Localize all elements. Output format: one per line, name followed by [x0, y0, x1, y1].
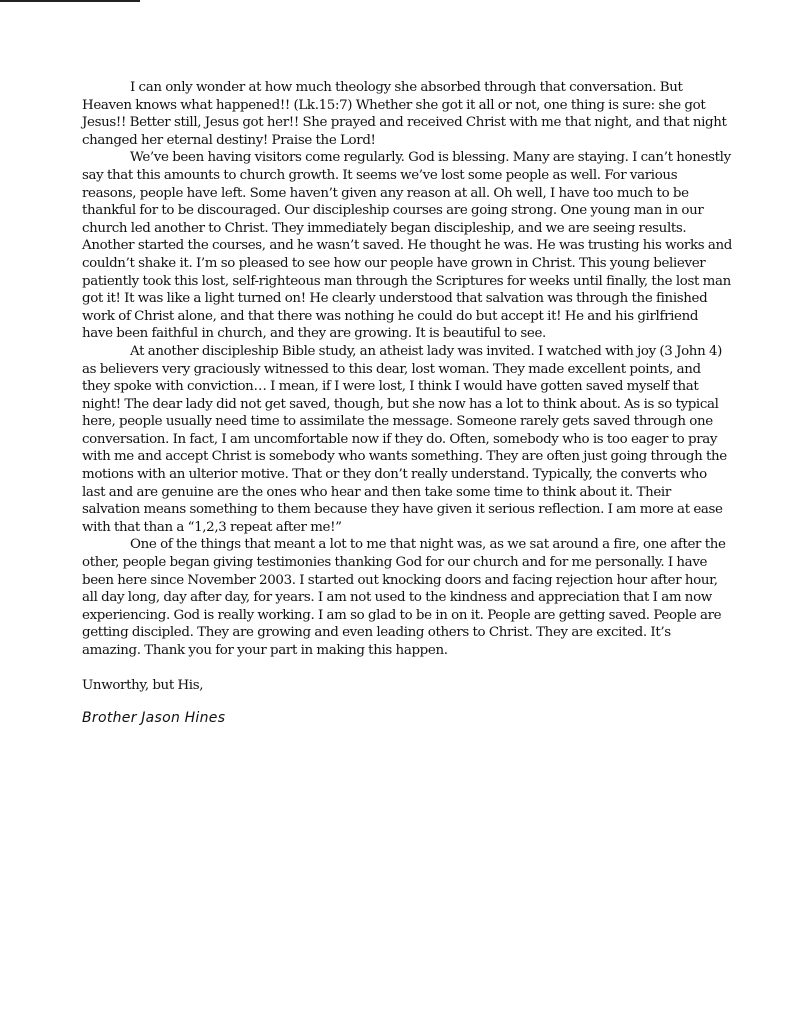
closing-line: Unworthy, but His,	[82, 677, 732, 695]
letter-body: I can only wonder at how much theology s…	[82, 79, 732, 728]
top-rule-line	[0, 0, 140, 2]
paragraph-4: One of the things that meant a lot to me…	[82, 536, 732, 659]
signature: Brother Jason Hines	[82, 710, 732, 728]
paragraph-2: We’ve been having visitors come regularl…	[82, 149, 732, 343]
paragraph-3: At another discipleship Bible study, an …	[82, 343, 732, 537]
paragraph-1: I can only wonder at how much theology s…	[82, 79, 732, 149]
